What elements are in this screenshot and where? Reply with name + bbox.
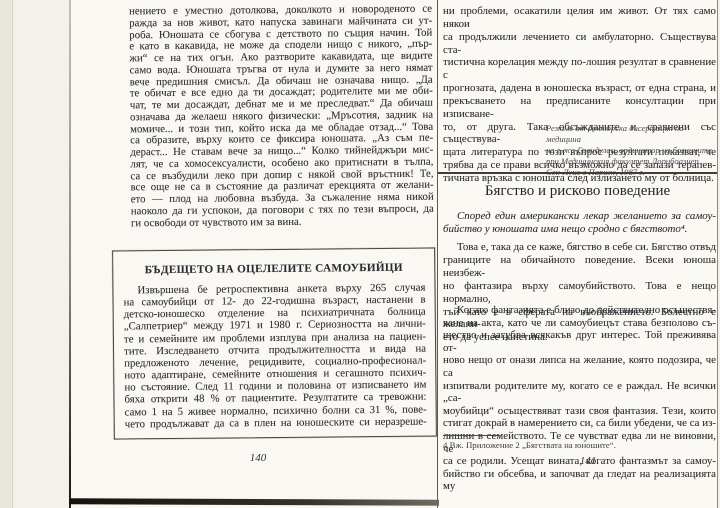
scanner-edge-strip bbox=[0, 0, 13, 508]
dissertation-source-note: Резюме от докторска дисертация по медици… bbox=[546, 123, 718, 178]
lead-paragraph: Според един американски лекар желанието … bbox=[443, 210, 716, 236]
box-body-text: Извършена бе ретроспективна анкета върху… bbox=[123, 282, 426, 431]
book-scan: нението е уместно дотолкова, доколкото и… bbox=[0, 0, 720, 508]
section-heading: Бягство и рисково поведение bbox=[438, 183, 717, 200]
section-divider-line bbox=[438, 172, 717, 174]
survivors-future-box: БЪДЕЩЕТО НА ОЦЕЛЕЛИТЕ САМОУБИЙЦИ Извърше… bbox=[112, 247, 437, 439]
footnote-rule bbox=[443, 435, 501, 436]
box-title: БЪДЕЩЕТО НА ОЦЕЛЕЛИТЕ САМОУБИЙЦИ bbox=[113, 261, 434, 276]
spine-line bbox=[437, 0, 438, 508]
footnote: 4 Вж. Приложение 2 „Бягствата на юношите… bbox=[443, 440, 716, 450]
left-page-edge-shadow bbox=[69, 0, 71, 508]
right-page-number: 141 bbox=[548, 455, 628, 467]
right-page-edge-line bbox=[717, 0, 718, 508]
left-page-number: 140 bbox=[218, 452, 298, 464]
left-page-body-text: нението е уместно дотолкова, доколкото и… bbox=[129, 4, 434, 230]
